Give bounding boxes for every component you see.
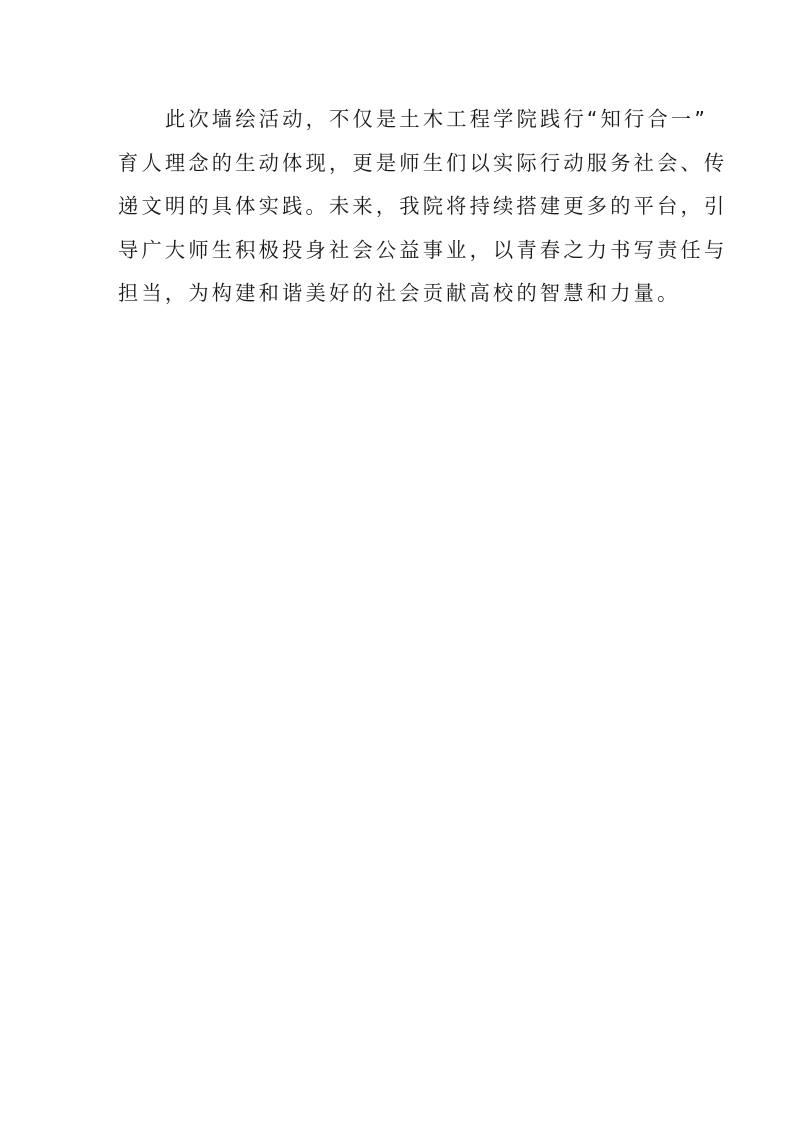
paragraph-line-2: 育人理念的生动体现，更是师生们以实际行动服务社会、传 [118,142,678,186]
paragraph-line-1: 此次墙绘活动，不仅是土木工程学院践行“知行合一” [118,98,678,142]
paragraph-line-3: 递文明的具体实践。未来，我院将持续搭建更多的平台，引 [118,185,678,229]
body-paragraph: 此次墙绘活动，不仅是土木工程学院践行“知行合一” 育人理念的生动体现，更是师生们… [118,98,678,316]
document-page: 此次墙绘活动，不仅是土木工程学院践行“知行合一” 育人理念的生动体现，更是师生们… [0,0,793,1122]
paragraph-line-5: 担当，为构建和谐美好的社会贡献高校的智慧和力量。 [118,272,678,316]
paragraph-line-4: 导广大师生积极投身社会公益事业，以青春之力书写责任与 [118,229,678,273]
